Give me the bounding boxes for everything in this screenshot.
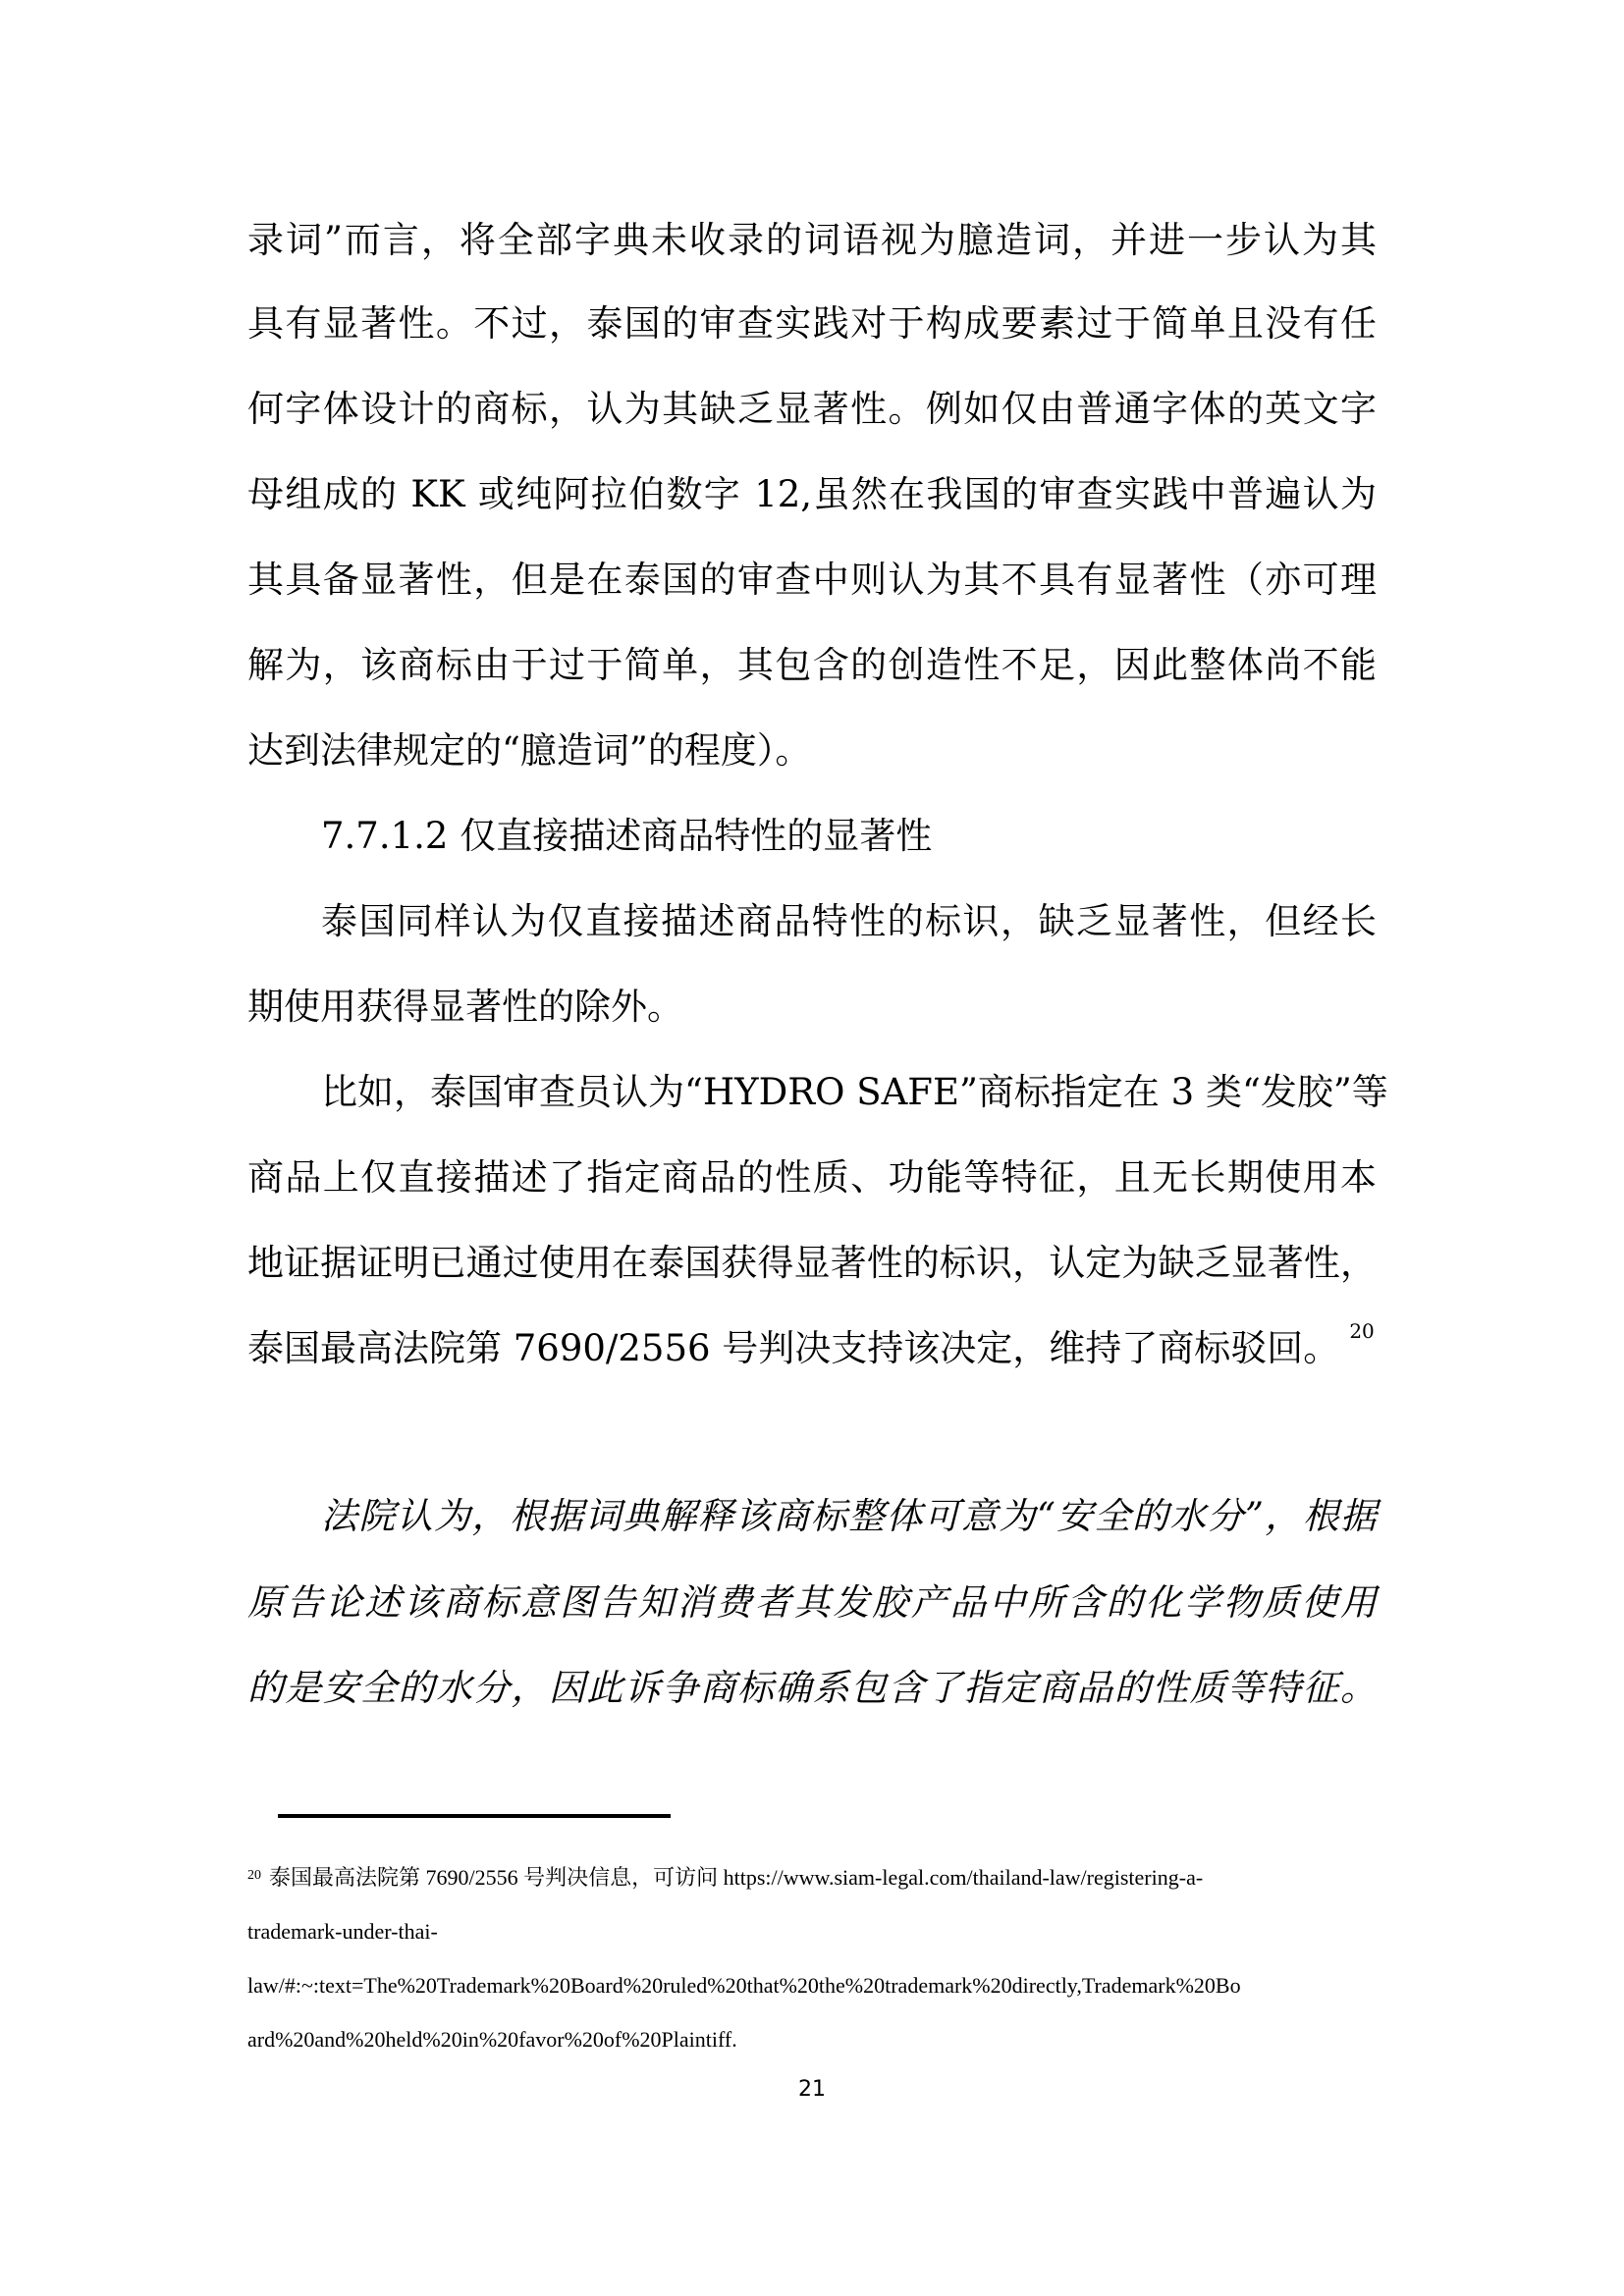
paragraph-2-line-2: 期使用获得显著性的除外。 bbox=[247, 984, 1377, 1031]
paragraph-1-line-3: 何字体设计的商标，认为其缺乏显著性。例如仅由普通字体的英文字 bbox=[247, 386, 1377, 433]
document-page: 录词”而言，将全部字典未收录的词语视为臆造词，并进一步认为其 具有显著性。不过，… bbox=[0, 0, 1624, 2296]
footnote-reference[interactable]: 20 bbox=[1349, 1319, 1374, 1343]
footnote-line-1: 20泰国最高法院第 7690/2556 号判决信息，可访问 https://ww… bbox=[247, 1863, 1377, 1893]
paragraph-1-line-2: 具有显著性。不过，泰国的审查实践对于构成要素过于简单且没有任 bbox=[247, 300, 1377, 347]
footnote-line-1-text[interactable]: 泰国最高法院第 7690/2556 号判决信息，可访问 https://www.… bbox=[269, 1865, 1203, 1890]
paragraph-1-line-7: 达到法律规定的“臆造词”的程度）。 bbox=[247, 727, 1377, 774]
paragraph-1-line-5: 其具备显著性，但是在泰国的审查中则认为其不具有显著性（亦可理 bbox=[247, 557, 1377, 604]
footnote-line-3[interactable]: law/#:~:text=The%20Trademark%20Board%20r… bbox=[247, 1971, 1377, 2001]
paragraph-2-line-1: 泰国同样认为仅直接描述商品特性的标识，缺乏显著性，但经长 bbox=[321, 898, 1377, 945]
quote-line-3: 的是安全的水分，因此诉争商标确系包含了指定商品的性质等特征。 bbox=[247, 1665, 1377, 1712]
paragraph-3-line-3: 地证据证明已通过使用在泰国获得显著性的标识，认定为缺乏显著性， bbox=[247, 1240, 1377, 1287]
footnote-separator bbox=[278, 1814, 671, 1818]
footnote-line-2[interactable]: trademark-under-thai- bbox=[247, 1917, 1377, 1947]
quote-line-2: 原告论述该商标意图告知消费者其发胶产品中所含的化学物质使用 bbox=[247, 1579, 1377, 1627]
paragraph-3-line-1: 比如，泰国审查员认为“HYDRO SAFE”商标指定在 3 类“发胶”等 bbox=[321, 1069, 1377, 1116]
footnote-number: 20 bbox=[247, 1868, 261, 1883]
quote-line-1: 法院认为，根据词典解释该商标整体可意为“安全的水分”，根据 bbox=[321, 1493, 1377, 1540]
paragraph-1-line-6: 解为，该商标由于过于简单，其包含的创造性不足，因此整体尚不能 bbox=[247, 642, 1377, 689]
paragraph-3-line-2: 商品上仅直接描述了指定商品的性质、功能等特征，且无长期使用本 bbox=[247, 1154, 1377, 1201]
paragraph-1-line-4: 母组成的 KK 或纯阿拉伯数字 12,虽然在我国的审查实践中普遍认为 bbox=[247, 471, 1377, 518]
paragraph-3-line-4: 泰国最高法院第 7690/2556 号判决支持该决定，维持了商标驳回。20 bbox=[247, 1325, 1377, 1372]
section-heading: 7.7.1.2 仅直接描述商品特性的显著性 bbox=[321, 813, 1377, 860]
page-number: 21 bbox=[785, 2075, 839, 2105]
paragraph-1-line-1: 录词”而言，将全部字典未收录的词语视为臆造词，并进一步认为其 bbox=[247, 217, 1377, 264]
paragraph-3-line-4-text: 泰国最高法院第 7690/2556 号判决支持该决定，维持了商标驳回。 bbox=[247, 1327, 1339, 1369]
footnote-line-4[interactable]: ard%20and%20held%20in%20favor%20of%20Pla… bbox=[247, 2025, 1377, 2055]
